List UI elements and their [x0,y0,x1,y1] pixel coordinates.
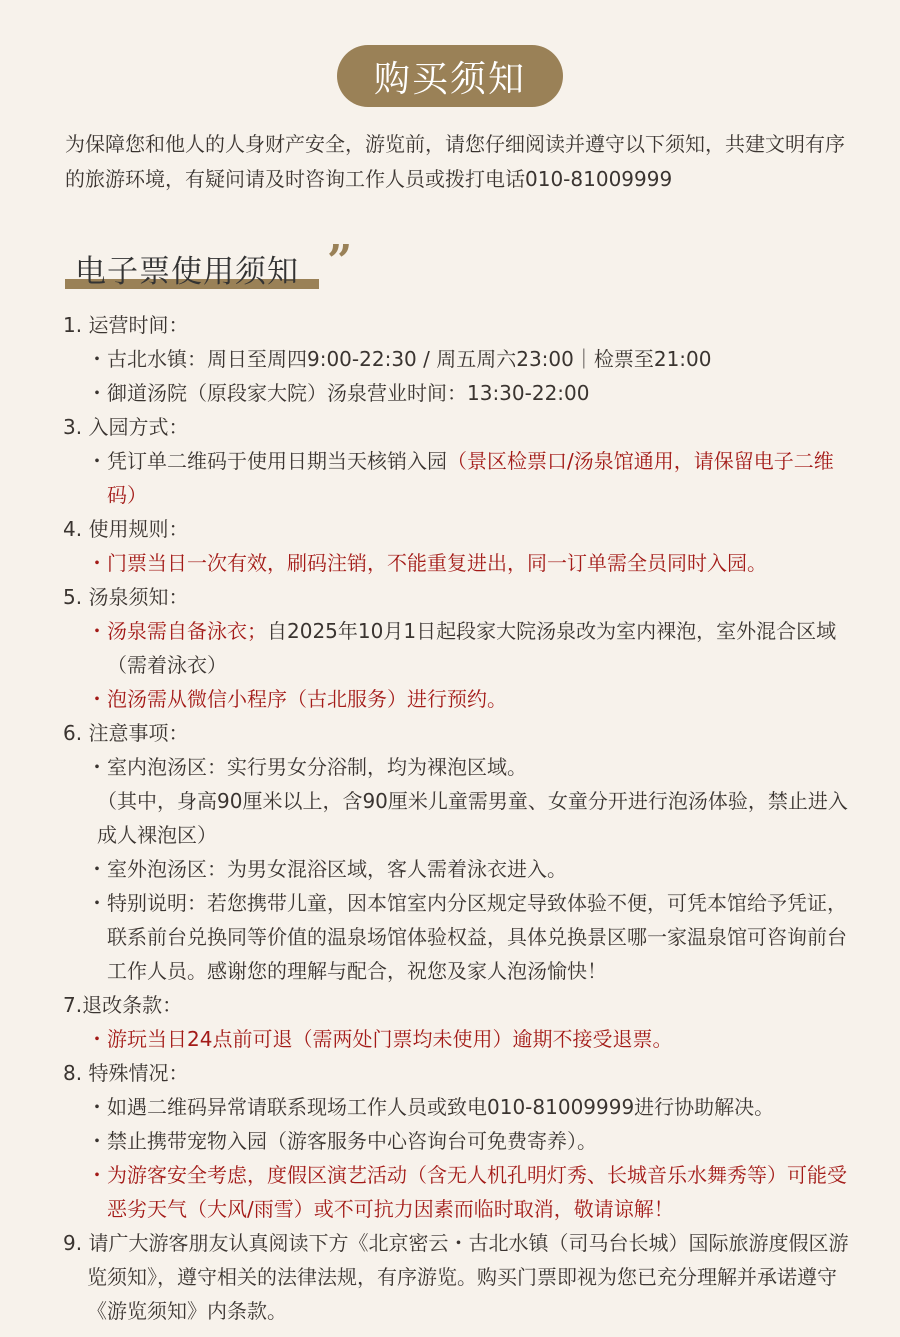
list-item: ・特别说明：若您携带儿童，因本馆室内分区规定导致体验不便，可凭本馆给予凭证，联系… [63,886,863,988]
quote-icon: ” [327,236,352,287]
intro-paragraph: 为保障您和他人的人身财产安全，游览前，请您仔细阅读并遵守以下须知，共建文明有序的… [65,127,855,197]
item-text: 禁止携带宠物入园（游客服务中心咨询台可免费寄养）。 [107,1129,597,1153]
bullet-icon: ・ [87,546,107,580]
item-text-warning: 为游客安全考虑，度假区演艺活动（含无人机孔明灯秀、长城音乐水舞秀等）可能受恶劣天… [107,1163,847,1221]
item-text: 特别说明：若您携带儿童，因本馆室内分区规定导致体验不便，可凭本馆给予凭证，联系前… [107,891,847,983]
list-item: ・为游客安全考虑，度假区演艺活动（含无人机孔明灯秀、长城音乐水舞秀等）可能受恶劣… [63,1158,863,1226]
bullet-icon: ・ [87,342,107,376]
list-item: ・游玩当日24点前可退（需两处门票均未使用）逾期不接受退票。 [63,1022,863,1056]
list-item: ・凭订单二维码于使用日期当天核销入园（景区检票口/汤泉馆通用，请保留电子二维码） [63,444,863,512]
bullet-icon: ・ [87,1090,107,1124]
notice-list: 1. 运营时间： ・古北水镇：周日至周四9:00-22:30 / 周五周六23:… [63,308,863,1328]
bullet-icon: ・ [87,444,107,478]
item-text-warning: 汤泉需自备泳衣； [107,619,267,643]
bullet-icon: ・ [87,852,107,886]
page-title: 购买须知 [374,51,526,102]
list-item: ・泡汤需从微信小程序（古北服务）进行预约。 [63,682,863,716]
item-text: 如遇二维码异常请联系现场工作人员或致电010-81009999进行协助解决。 [107,1095,774,1119]
list-item: ・禁止携带宠物入园（游客服务中心咨询台可免费寄养）。 [63,1124,863,1158]
bullet-icon: ・ [87,376,107,410]
item-text: 室内泡汤区：实行男女分浴制，均为裸泡区域。 [107,755,527,779]
bullet-icon: ・ [87,886,107,920]
item-text: 御道汤院（原段家大院）汤泉营业时间：13:30-22:00 [107,381,590,405]
item-heading-refund: 7.退改条款： [63,988,863,1022]
item-heading-entry: 3. 入园方式： [63,410,863,444]
list-item: ・门票当日一次有效，刷码注销，不能重复进出，同一订单需全员同时入园。 [63,546,863,580]
item-heading-read-notice: 9. 请广大游客朋友认真阅读下方《北京密云・古北水镇（司马台长城）国际旅游度假区… [63,1226,863,1328]
item-text: 古北水镇：周日至周四9:00-22:30 / 周五周六23:00｜检票至21:0… [107,347,712,371]
item-note: （其中，身高90厘米以上，含90厘米儿童需男童、女童分开进行泡汤体验，禁止进入成… [63,784,863,852]
item-text-warning: 门票当日一次有效，刷码注销，不能重复进出，同一订单需全员同时入园。 [107,551,767,575]
list-item: ・古北水镇：周日至周四9:00-22:30 / 周五周六23:00｜检票至21:… [63,342,863,376]
item-heading-hotspring: 5. 汤泉须知： [63,580,863,614]
list-item: ・汤泉需自备泳衣；自2025年10月1日起段家大院汤泉改为室内裸泡，室外混合区域… [63,614,863,682]
list-item: ・室外泡汤区：为男女混浴区域，客人需着泳衣进入。 [63,852,863,886]
item-heading-hours: 1. 运营时间： [63,308,863,342]
bullet-icon: ・ [87,1158,107,1192]
item-text-warning: 游玩当日24点前可退（需两处门票均未使用）逾期不接受退票。 [107,1027,672,1051]
page-title-badge: 购买须知 [337,45,563,107]
section-title: 电子票使用须知 [75,246,299,291]
item-text-warning: 泡汤需从微信小程序（古北服务）进行预约。 [107,687,507,711]
bullet-icon: ・ [87,750,107,784]
list-item: ・御道汤院（原段家大院）汤泉营业时间：13:30-22:00 [63,376,863,410]
item-text: 凭订单二维码于使用日期当天核销入园 [107,449,447,473]
item-heading-special: 8. 特殊情况： [63,1056,863,1090]
item-text: 室外泡汤区：为男女混浴区域，客人需着泳衣进入。 [107,857,567,881]
bullet-icon: ・ [87,614,107,648]
list-item: ・如遇二维码异常请联系现场工作人员或致电010-81009999进行协助解决。 [63,1090,863,1124]
list-item: ・室内泡汤区：实行男女分浴制，均为裸泡区域。 [63,750,863,784]
bullet-icon: ・ [87,1124,107,1158]
item-heading-rules: 4. 使用规则： [63,512,863,546]
bullet-icon: ・ [87,682,107,716]
bullet-icon: ・ [87,1022,107,1056]
item-heading-notes: 6. 注意事项： [63,716,863,750]
